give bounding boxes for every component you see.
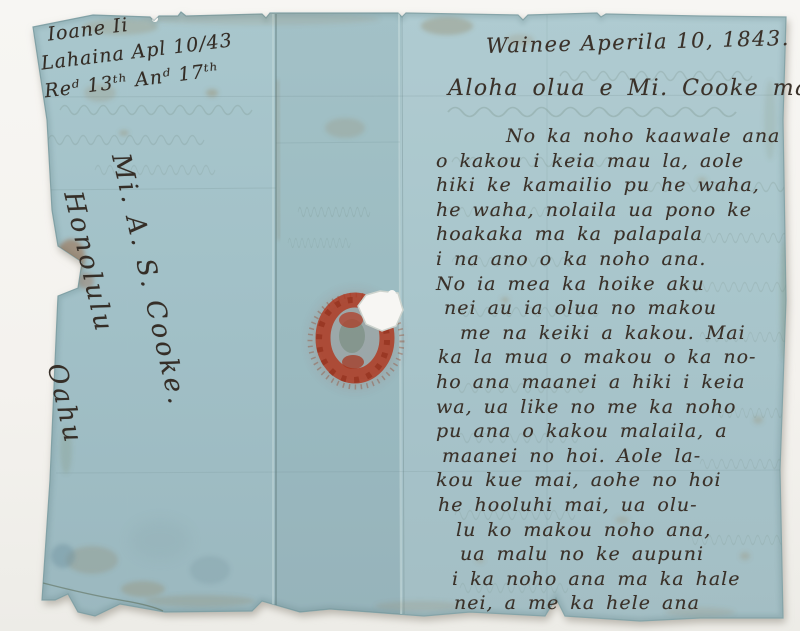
body-line: he waha, nolaila ua pono ke xyxy=(436,198,780,223)
body-line: lu ko makou noho ana, xyxy=(456,518,780,543)
scanned-letter-page: Ioane Ii Lahaina Apl 10/43 Reᵈ 13ᵗʰ Anᵈ … xyxy=(0,0,800,631)
body-line: nei, a me ka hele ana xyxy=(454,591,780,616)
letter-body: No ka noho kaawale ana o kakou i keia ma… xyxy=(436,124,780,616)
body-line: kou kue mai, aohe no hoi xyxy=(436,468,780,493)
body-line: ua malu no ke aupuni xyxy=(460,542,780,567)
body-line: nei au ia olua no makou xyxy=(444,296,780,321)
body-line: he hooluhi mai, ua olu- xyxy=(438,493,780,518)
body-line: No ka noho kaawale ana xyxy=(506,124,780,149)
letter-salutation: Aloha olua e Mi. Cooke ma, xyxy=(448,76,800,101)
body-line: ka la mua o makou o ka no- xyxy=(438,345,780,370)
body-line: hiki ke kamailio pu he waha, xyxy=(436,173,780,198)
body-line: i na ano o ka noho ana. xyxy=(436,247,780,272)
body-line: hoakaka ma ka palapala xyxy=(436,222,780,247)
body-line: ho ana maanei a hiki i keia xyxy=(436,370,780,395)
body-line: wa, ua like no me ka noho xyxy=(436,395,780,420)
body-line: me na keiki a kakou. Mai xyxy=(460,321,780,346)
body-line: maanei no hoi. Aole la- xyxy=(442,444,780,469)
body-line: pu ana o kakou malaila, a xyxy=(436,419,780,444)
body-line: i ka noho ana ma ka hale xyxy=(452,567,780,592)
body-line: o kakou i keia mau la, aole xyxy=(436,149,780,174)
body-line: No ia mea ka hoike aku xyxy=(436,272,780,297)
